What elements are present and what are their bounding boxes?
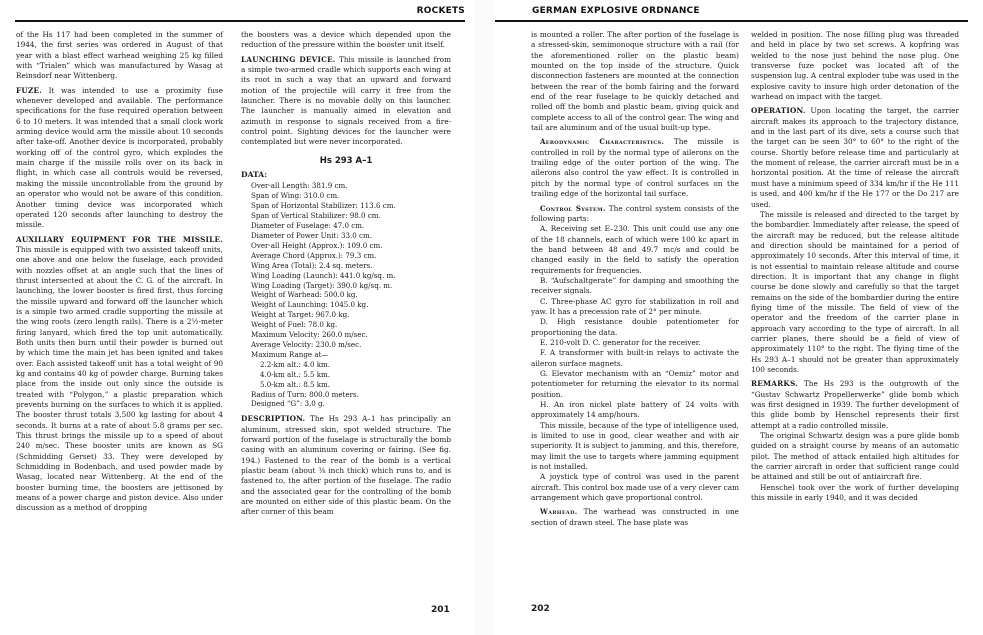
paragraph: The missile is released and directed to …	[751, 210, 959, 376]
spec-item: Weight of Fuel: 78.0 kg.	[251, 320, 451, 330]
section-heading: DESCRIPTION.	[241, 414, 305, 423]
paragraph-control-system: Control System. The control system consi…	[531, 204, 739, 225]
range-item: 5.0-km alt.: 8.5 km.	[251, 380, 451, 390]
column-2: welded in position. The nose filling plu…	[751, 30, 959, 503]
part-item: F. A transformer with built-in relays to…	[531, 348, 739, 369]
range-item: 2.2-km alt.: 4.0 km.	[251, 360, 451, 370]
section-heading: LAUNCHING DEVICE.	[241, 55, 336, 64]
running-head: ROCKETS	[417, 6, 465, 16]
part-item: D. High resistance double potentiometer …	[531, 317, 739, 338]
column-1: of the Hs 117 had been completed in the …	[16, 30, 223, 518]
spec-item: Designed “G”: 3.0 g.	[251, 399, 451, 409]
section-heading: Aerodynamic Characteristics.	[540, 137, 664, 146]
spec-item: Average Velocity: 230.0 m/sec.	[251, 340, 451, 350]
spec-item: Maximum Velocity: 260.0 m/sec.	[251, 330, 451, 340]
spec-item: Weight of Launching: 1045.0 kg.	[251, 300, 451, 310]
spec-item: Wing Loading (Target): 390.0 kg/sq. m.	[251, 281, 451, 291]
paragraph-aerodynamic: Aerodynamic Characteristics. The missile…	[531, 137, 739, 199]
spec-item: Radius of Turn: 800.0 meters.	[251, 390, 451, 400]
right-page: GERMAN EXPLOSIVE ORDNANCE is mounted a r…	[495, 0, 983, 635]
section-heading: Warhead.	[540, 507, 577, 516]
spec-item: Wing Area (Total): 2.4 sq. meters.	[251, 261, 451, 271]
page-number: 202	[531, 604, 550, 614]
data-label: DATA:	[241, 170, 451, 180]
paragraph: the boosters was a device which depended…	[241, 30, 451, 51]
section-heading: Control System.	[540, 204, 606, 213]
running-head: GERMAN EXPLOSIVE ORDNANCE	[532, 6, 700, 16]
paragraph: Henschel took over the work of further d…	[751, 483, 959, 504]
paragraph-fuze: FUZE. It was intended to use a proximity…	[16, 86, 223, 231]
part-item: E. 210-volt D. C. generator for the rece…	[531, 338, 739, 348]
paragraph-warhead: Warhead. The warhead was constructed in …	[531, 507, 739, 528]
data-table-title: Hs 293 A–1	[241, 156, 451, 166]
paragraph-remarks: REMARKS. The Hs 293 is the outgrowth of …	[751, 379, 959, 431]
paragraph-auxiliary: AUXILIARY EQUIPMENT FOR THE MISSILE. Thi…	[16, 235, 223, 514]
spec-item: Span of Vertical Stabilizer: 98.0 cm.	[251, 211, 451, 221]
spec-item: Maximum Range at—	[251, 350, 451, 360]
spec-item: Diameter of Power Unit: 33.0 cm.	[251, 231, 451, 241]
part-item: B. “Aufschaltgerate” for damping and smo…	[531, 276, 739, 297]
page-gutter	[475, 0, 495, 635]
spec-item: Wing Loading (Launch): 441.0 kg/sq. m.	[251, 271, 451, 281]
spec-item: Diameter of Fuselage: 47.0 cm.	[251, 221, 451, 231]
section-heading: REMARKS.	[751, 379, 798, 388]
paragraph: This missile, because of the type of int…	[531, 421, 739, 473]
header-rule	[15, 20, 465, 22]
section-heading: OPERATION.	[751, 106, 806, 115]
page-number: 201	[431, 605, 450, 615]
paragraph-operation: OPERATION. Upon locating the target, the…	[751, 106, 959, 209]
paragraph: of the Hs 117 had been completed in the …	[16, 30, 223, 82]
spec-item: Weight at Target: 967.0 kg.	[251, 310, 451, 320]
spec-item: Weight of Warhead: 500.0 kg.	[251, 290, 451, 300]
spec-item: Span of Horizontal Stabilizer: 113.6 cm.	[251, 201, 451, 211]
column-2: the boosters was a device which depended…	[241, 30, 451, 522]
spec-item: Span of Wing: 310.0 cm.	[251, 191, 451, 201]
section-heading: AUXILIARY EQUIPMENT FOR THE MISSILE.	[16, 235, 223, 244]
part-item: G. Elevator mechanism with an “Oemiz” mo…	[531, 369, 739, 400]
spec-item: Over-all Length: 381.9 cm.	[251, 181, 451, 191]
paragraph: A joystick type of control was used in t…	[531, 472, 739, 503]
spec-item: Average Chord (Approx.): 79.3 cm.	[251, 251, 451, 261]
paragraph: welded in position. The nose filling plu…	[751, 30, 959, 102]
part-item: A. Receiving set E–230. This unit could …	[531, 224, 739, 276]
section-heading: FUZE.	[16, 86, 42, 95]
left-page: ROCKETS of the Hs 117 had been completed…	[0, 0, 475, 635]
range-item: 4.0-km alt.: 5.5 km.	[251, 370, 451, 380]
part-item: C. Three-phase AC gyro for stabilization…	[531, 297, 739, 318]
spec-item: Over-all Height (Approx.): 109.0 cm.	[251, 241, 451, 251]
header-rule	[495, 20, 968, 22]
paragraph-description: DESCRIPTION. The Hs 293 A–1 has principa…	[241, 414, 451, 517]
specification-list: Over-all Length: 381.9 cm. Span of Wing:…	[251, 181, 451, 409]
paragraph-launching: LAUNCHING DEVICE. This missile is launch…	[241, 55, 451, 148]
paragraph: The original Schwartz design was a pure …	[751, 431, 959, 483]
column-1: is mounted a roller. The after portion o…	[531, 30, 739, 528]
paragraph: is mounted a roller. The after portion o…	[531, 30, 739, 133]
part-item: H. An iron nickel plate battery of 24 vo…	[531, 400, 739, 421]
